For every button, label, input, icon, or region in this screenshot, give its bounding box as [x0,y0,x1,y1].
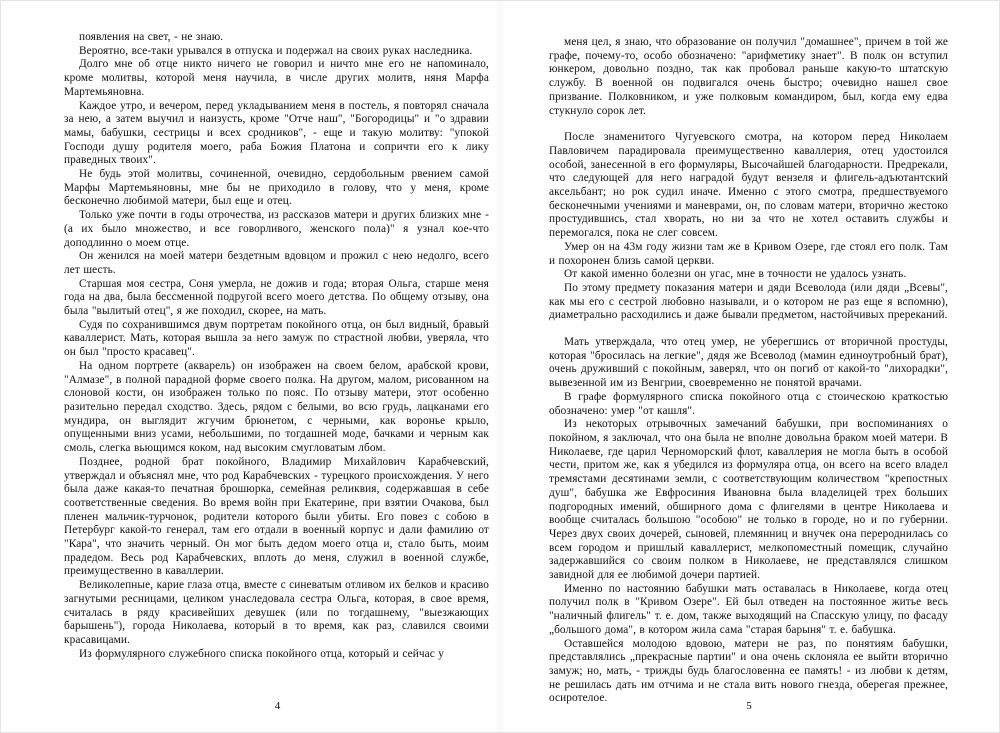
paragraph: Он женился на моей матери бездетным вдов… [64,250,489,277]
paragraph: Мать утверждала, что отец умер, не убере… [549,336,948,391]
paragraph: Именно по настоянию бабушки мать оставал… [549,583,948,638]
paragraph: В графе формулярного списка покойного от… [549,391,948,418]
paragraph: Каждое утро, и вечером, перед укладывани… [64,100,489,169]
paragraph: меня цел, я знаю, что образование он пол… [549,36,948,118]
page-number: 4 [64,700,491,712]
paragraph: появления на свет, - не знаю. [64,31,489,45]
paragraph: Старшая моя сестра, Соня умерла, не дожи… [64,278,489,319]
paragraph: Позднее, родной брат покойного, Владимир… [64,456,489,579]
book-spread: появления на свет, - не знаю. Вероятно, … [0,0,1000,733]
page-left: появления на свет, - не знаю. Вероятно, … [1,1,500,732]
page-number: 5 [549,700,949,712]
paragraph: Умер он на 43м году жизни там же в Криво… [549,241,948,268]
paragraph: Оставшейся молодою вдовою, матери не раз… [549,638,948,707]
paragraph: Долго мне об отце никто ничего не говори… [64,58,489,99]
paragraph: От какой именно болезни он угас, мне в т… [549,268,948,282]
paragraph: Из некоторых отрывочных замечаний бабушк… [549,418,948,582]
page-right: меня цел, я знаю, что образование он пол… [500,1,999,732]
paragraph: Из формулярного служебного списка покойн… [64,648,489,662]
paragraph: Великолепные, карие глаза отца, вместе с… [64,579,489,648]
paragraph: Не будь этой молитвы, сочиненной, очевид… [64,168,489,209]
paragraph: После знаменитого Чугуевского смотра, на… [549,131,948,241]
paragraph: Только уже почти в годы отрочества, из р… [64,209,489,250]
paragraph: На одном портрете (акварель) он изображе… [64,360,489,456]
paragraph: По этому предмету показания матери и дяд… [549,282,948,323]
paragraph: Вероятно, все-таки урывался в отпуска и … [64,45,489,59]
paragraph: Судя по сохранившимся двум портретам пок… [64,319,489,360]
